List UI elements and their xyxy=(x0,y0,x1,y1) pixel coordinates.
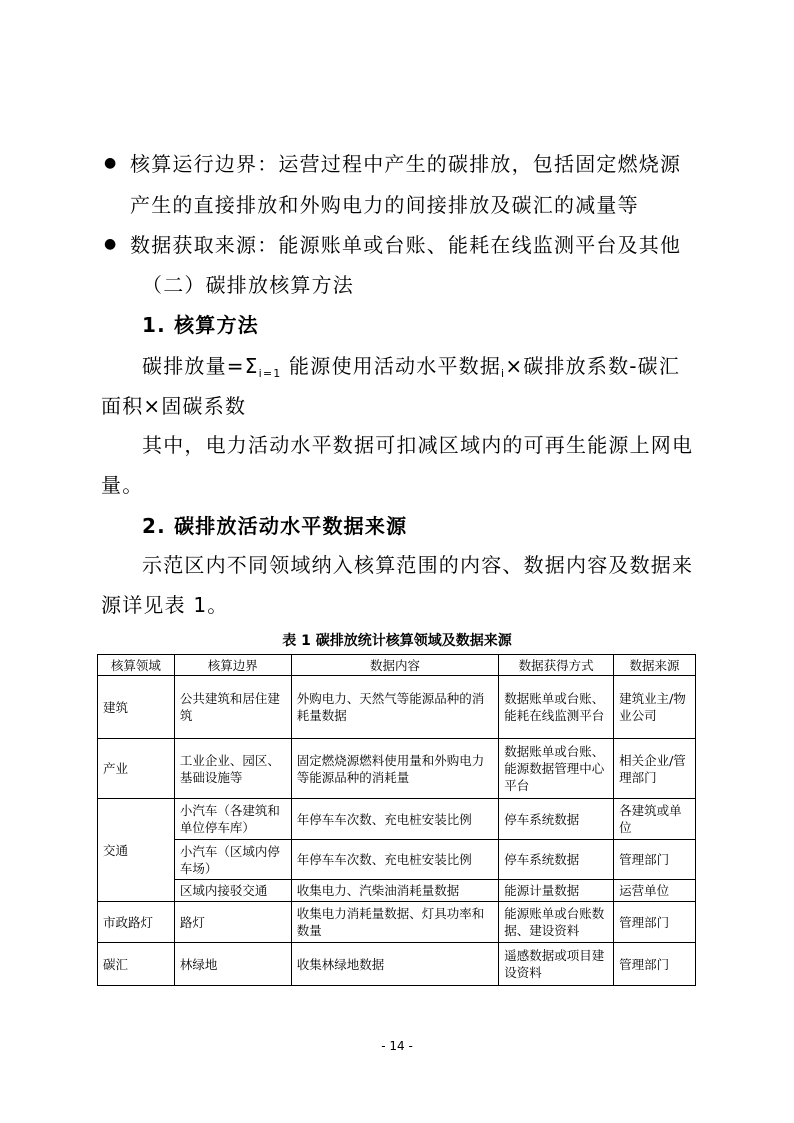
cell-boundary: 区域内接驳交通 xyxy=(174,880,291,902)
cell-method: 能源账单或台账数据、建设资料 xyxy=(499,902,614,943)
cell-method: 停车系统数据 xyxy=(499,840,614,880)
table-row: 建筑 公共建筑和居住建筑 外购电力、天然气等能源品种的消耗量数据 数据账单或台账… xyxy=(98,676,696,739)
cell-method: 停车系统数据 xyxy=(499,799,614,840)
bullet-1-line-1: 核算运行边界：运营过程中产生的碳排放，包括固定燃烧源 xyxy=(130,152,681,176)
cell-method: 遥感数据或项目建设资料 xyxy=(499,943,614,986)
note-line-2: 量。 xyxy=(101,473,143,497)
cell-source: 运营单位 xyxy=(614,880,696,902)
bullet-dot-icon: ● xyxy=(104,155,116,171)
cell-domain: 产业 xyxy=(98,739,175,799)
header-source: 数据来源 xyxy=(614,655,696,676)
formula-line-2: 面积×固碳系数 xyxy=(101,394,246,418)
cell-domain: 交通 xyxy=(98,799,175,902)
cell-content: 收集电力消耗量数据、灯具功率和数量 xyxy=(291,902,499,943)
table-row: 区域内接驳交通 收集电力、汽柴油消耗量数据 能源计量数据 运营单位 xyxy=(98,880,696,902)
header-boundary: 核算边界 xyxy=(174,655,291,676)
cell-boundary: 工业企业、园区、基础设施等 xyxy=(174,739,291,799)
cell-method: 数据账单或台账、能源数据管理中心平台 xyxy=(499,739,614,799)
cell-source: 管理部门 xyxy=(614,840,696,880)
cell-boundary: 小汽车（区域内停车场） xyxy=(174,840,291,880)
table-row: 产业 工业企业、园区、基础设施等 固定燃烧源燃料使用量和外购电力等能源品种的消耗… xyxy=(98,739,696,799)
table-header-row: 核算领域 核算边界 数据内容 数据获得方式 数据来源 xyxy=(98,655,696,676)
header-content: 数据内容 xyxy=(291,655,499,676)
formula-part-3: ×碳排放系数-碳汇 xyxy=(505,354,680,378)
cell-content: 年停车车次数、充电桩安装比例 xyxy=(291,799,499,840)
table-row: 小汽车（区域内停车场） 年停车车次数、充电桩安装比例 停车系统数据 管理部门 xyxy=(98,840,696,880)
cell-boundary: 公共建筑和居住建筑 xyxy=(174,676,291,739)
cell-source: 管理部门 xyxy=(614,902,696,943)
cell-boundary: 林绿地 xyxy=(174,943,291,986)
cell-source: 相关企业/管理部门 xyxy=(614,739,696,799)
cell-method: 能源计量数据 xyxy=(499,880,614,902)
subsection-1-heading: 1. 核算方法 xyxy=(142,313,259,337)
bullet-2-line-1: 数据获取来源：能源账单或台账、能耗在线监测平台及其他 xyxy=(130,233,681,257)
formula-part-1: 碳排放量=Σ xyxy=(142,354,259,378)
cell-content: 外购电力、天然气等能源品种的消耗量数据 xyxy=(291,676,499,739)
cell-content: 收集电力、汽柴油消耗量数据 xyxy=(291,880,499,902)
bullet-1-line-2: 产生的直接排放和外购电力的间接排放及碳汇的减量等 xyxy=(130,193,639,217)
page-number: - 14 - xyxy=(0,1039,794,1053)
header-domain: 核算领域 xyxy=(98,655,175,676)
para-line-1: 示范区内不同领域纳入核算范围的内容、数据内容及数据来 xyxy=(142,553,693,577)
cell-boundary: 路灯 xyxy=(174,902,291,943)
cell-domain: 建筑 xyxy=(98,676,175,739)
cell-content: 固定燃烧源燃料使用量和外购电力等能源品种的消耗量 xyxy=(291,739,499,799)
cell-content: 年停车车次数、充电桩安装比例 xyxy=(291,840,499,880)
cell-boundary: 小汽车（各建筑和单位停车库） xyxy=(174,799,291,840)
cell-source: 建筑业主/物业公司 xyxy=(614,676,696,739)
cell-content: 收集林绿地数据 xyxy=(291,943,499,986)
table-row: 碳汇 林绿地 收集林绿地数据 遥感数据或项目建设资料 管理部门 xyxy=(98,943,696,986)
formula-subscript-1: i=1 xyxy=(259,367,282,380)
bullet-dot-icon: ● xyxy=(104,236,116,252)
note-line-1: 其中，电力活动水平数据可扣减区域内的可再生能源上网电 xyxy=(142,433,693,457)
subsection-2-heading: 2. 碳排放活动水平数据来源 xyxy=(142,514,407,538)
cell-method: 数据账单或台账、能耗在线监测平台 xyxy=(499,676,614,739)
formula-line-1: 碳排放量=Σi=1 能源使用活动水平数据i×碳排放系数-碳汇 xyxy=(142,354,680,386)
cell-source: 各建筑或单位 xyxy=(614,799,696,840)
table-caption: 表 1 碳排放统计核算领域及数据来源 xyxy=(0,632,794,650)
section-heading: （二）碳排放核算方法 xyxy=(142,273,354,297)
table-row: 市政路灯 路灯 收集电力消耗量数据、灯具功率和数量 能源账单或台账数据、建设资料… xyxy=(98,902,696,943)
header-method: 数据获得方式 xyxy=(499,655,614,676)
data-source-table: 核算领域 核算边界 数据内容 数据获得方式 数据来源 建筑 公共建筑和居住建筑 … xyxy=(97,654,696,986)
para-line-2: 源详见表 1。 xyxy=(101,593,228,617)
cell-domain: 市政路灯 xyxy=(98,902,175,943)
cell-source: 管理部门 xyxy=(614,943,696,986)
formula-part-2: 能源使用活动水平数据 xyxy=(281,354,501,378)
table-row: 交通 小汽车（各建筑和单位停车库） 年停车车次数、充电桩安装比例 停车系统数据 … xyxy=(98,799,696,840)
cell-domain: 碳汇 xyxy=(98,943,175,986)
